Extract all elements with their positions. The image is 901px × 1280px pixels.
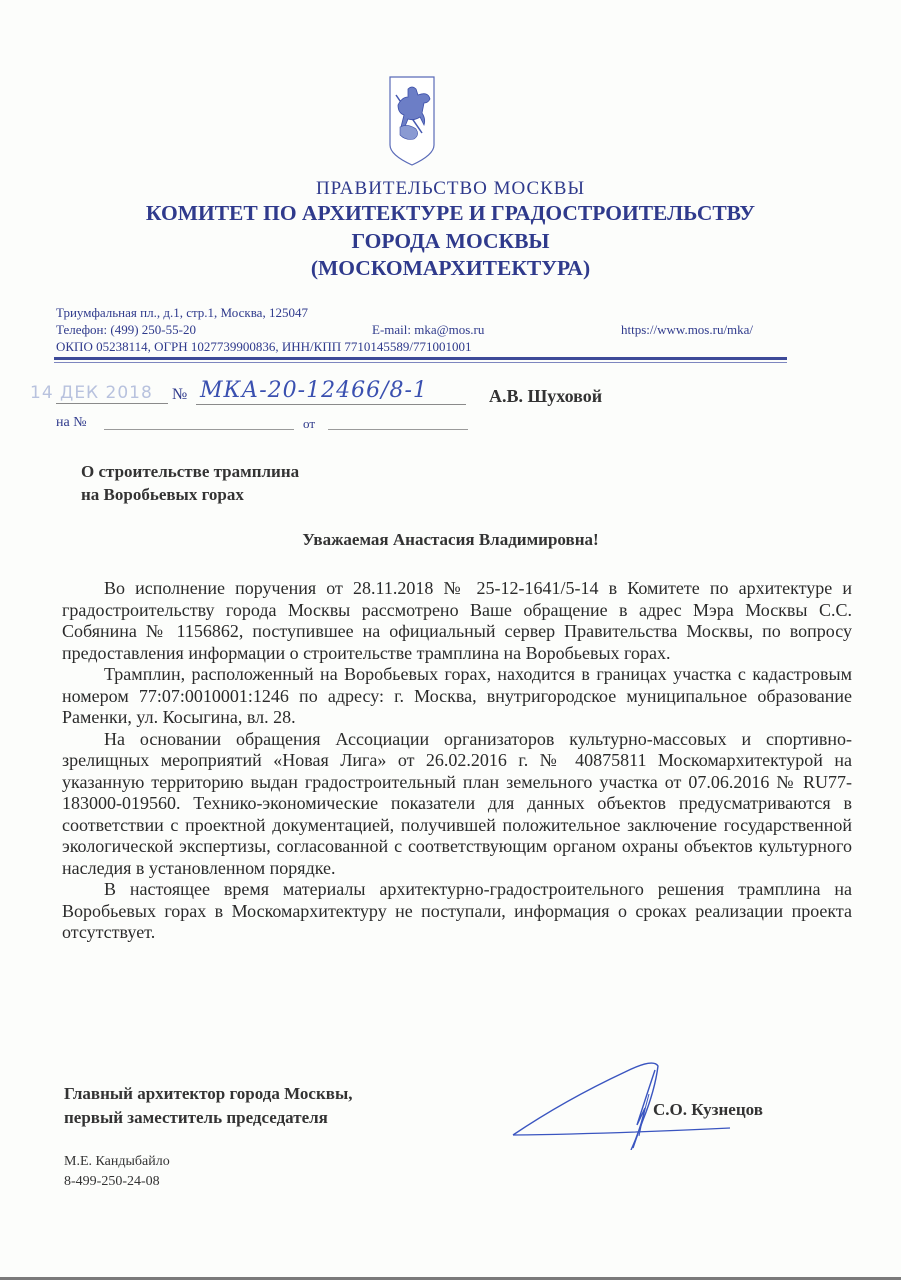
reply-from-label: от: [303, 416, 315, 432]
signatory-title-line-1: Главный архитектор города Москвы,: [64, 1082, 352, 1106]
reply-to-number-blank: [104, 429, 294, 430]
letterhead-divider-thin: [54, 362, 787, 363]
greeting: Уважаемая Анастасия Владимировна!: [0, 530, 901, 550]
registration-date-stamp: 14 ДЕК 2018: [30, 383, 153, 403]
body-paragraph: Во исполнение поручения от 28.11.2018 № …: [62, 578, 852, 664]
reply-from-blank: [328, 429, 468, 430]
signatory-title-line-2: первый заместитель председателя: [64, 1106, 352, 1130]
reply-to-number-label: на №: [56, 415, 87, 431]
subject-line-2: на Воробьевых горах: [81, 483, 299, 506]
government-title: ПРАВИТЕЛЬСТВО МОСКВЫ: [0, 178, 901, 200]
letter-body: Во исполнение поручения от 28.11.2018 № …: [62, 578, 852, 944]
body-paragraph: В настоящее время материалы архитектурно…: [62, 879, 852, 944]
moscow-coat-of-arms-icon: [388, 75, 436, 167]
committee-address: Триумфальная пл., д.1, стр.1, Москва, 12…: [56, 305, 308, 321]
committee-website-link[interactable]: https://www.mos.ru/mka/: [621, 322, 753, 338]
executor-info: М.Е. Кандыбайло 8-499-250-24-08: [64, 1152, 170, 1192]
letterhead-divider: [54, 357, 787, 360]
number-underline: [196, 404, 466, 405]
executor-phone: 8-499-250-24-08: [64, 1172, 170, 1192]
addressee: А.В. Шуховой: [489, 386, 602, 407]
committee-title-city: ГОРОДА МОСКВЫ: [0, 229, 901, 254]
committee-email[interactable]: E-mail: mka@mos.ru: [372, 322, 484, 338]
committee-title: КОМИТЕТ ПО АРХИТЕКТУРЕ И ГРАДОСТРОИТЕЛЬС…: [0, 201, 901, 226]
committee-short-name: (МОСКОМАРХИТЕКТУРА): [0, 256, 901, 281]
outgoing-number-handwritten: МКА-20-12466/8-1: [200, 378, 428, 403]
signatory-name: С.О. Кузнецов: [653, 1100, 763, 1120]
date-underline: [56, 403, 168, 404]
committee-phone: Телефон: (499) 250-55-20: [56, 322, 196, 338]
signatory-title: Главный архитектор города Москвы, первый…: [64, 1082, 352, 1130]
executor-name: М.Е. Кандыбайло: [64, 1152, 170, 1172]
committee-codes: ОКПО 05238114, ОГРН 1027739900836, ИНН/К…: [56, 339, 471, 355]
subject-line-1: О строительстве трамплина: [81, 460, 299, 483]
outgoing-number-label: №: [172, 386, 187, 404]
body-paragraph: Трамплин, расположенный на Воробьевых го…: [62, 664, 852, 729]
letter-subject: О строительстве трамплина на Воробьевых …: [81, 460, 299, 506]
body-paragraph: На основании обращения Ассоциации органи…: [62, 729, 852, 880]
